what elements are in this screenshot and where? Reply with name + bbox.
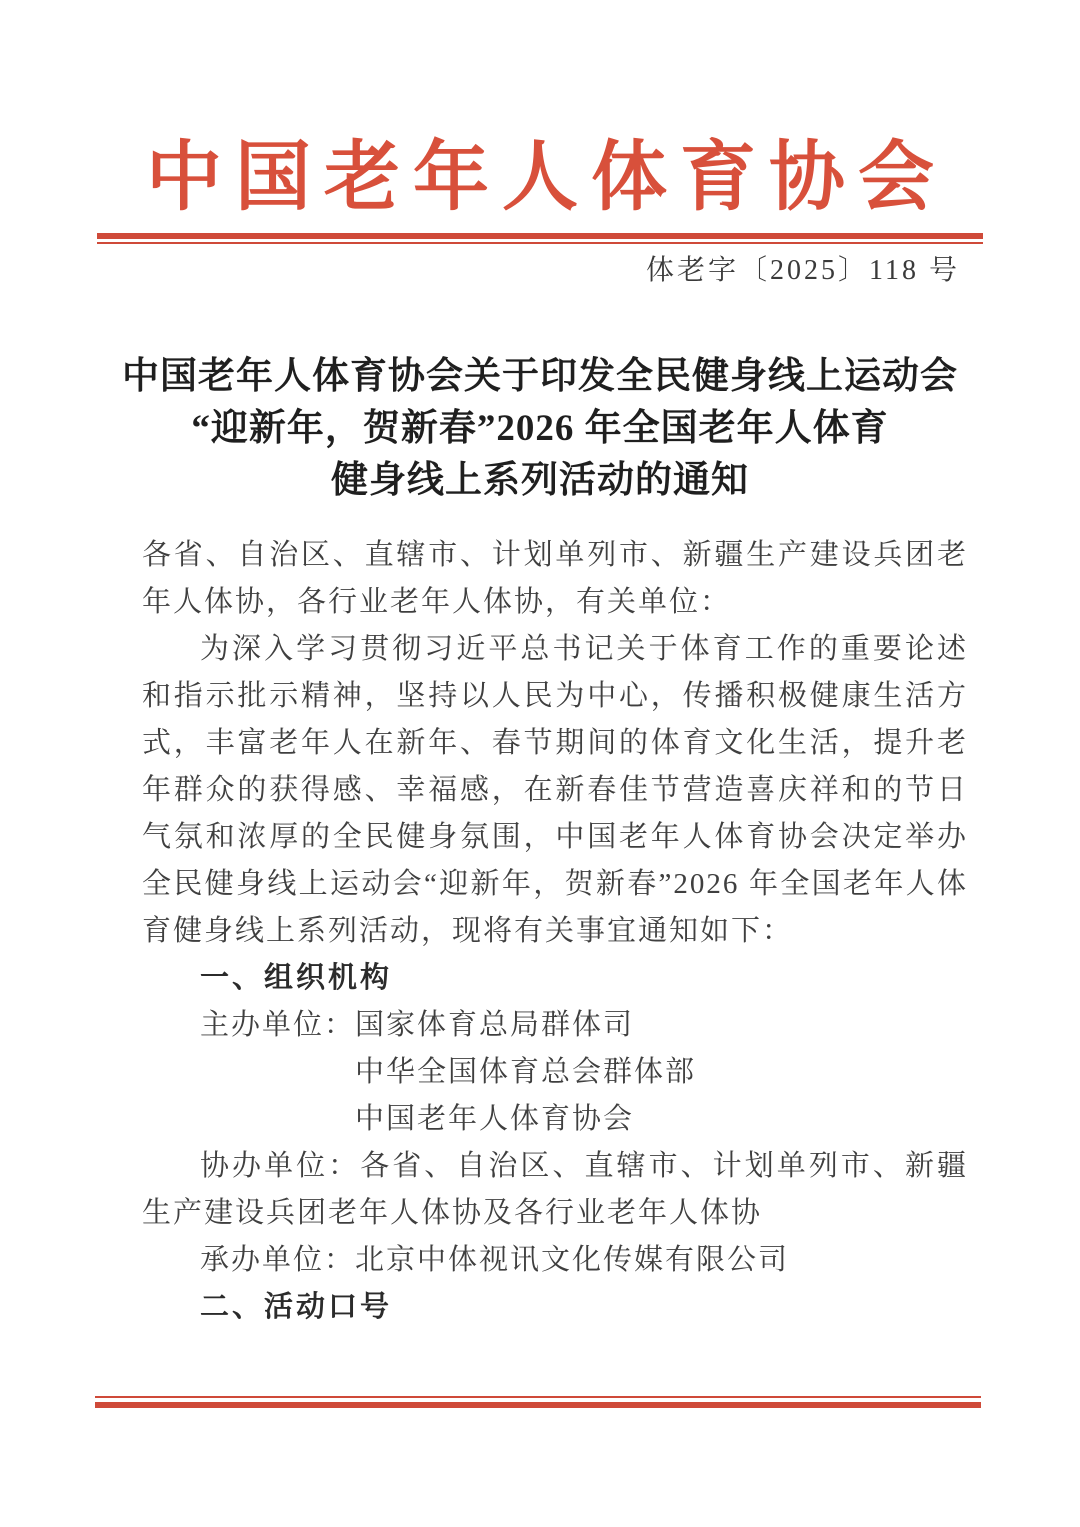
notice-title: 中国老年人体育协会关于印发全民健身线上运动会 “迎新年，贺新春”2026 年全国…: [0, 351, 1080, 507]
notice-title-line-1: 中国老年人体育协会关于印发全民健身线上运动会: [0, 351, 1080, 403]
document-number: 体老字〔2025〕118 号: [0, 254, 1080, 288]
letterhead-rule-thick: [97, 233, 983, 239]
letterhead-rule-group: [97, 233, 983, 244]
host-unit-label: 主办单位：: [200, 1002, 355, 1143]
footer-rule-thin: [95, 1396, 981, 1398]
salutation-paragraph: 各省、自治区、直辖市、计划单列市、新疆生产建设兵团老年人体协，各行业老年人体协，…: [142, 532, 968, 626]
footer-rule-group: [95, 1396, 981, 1408]
intro-paragraph: 为深入学习贯彻习近平总书记关于体育工作的重要论述和指示批示精神，坚持以人民为中心…: [142, 626, 968, 955]
footer-rule-thick: [95, 1402, 981, 1408]
host-unit-orgs: 国家体育总局群体司 中华全国体育总会群体部 中国老年人体育协会: [355, 1002, 968, 1143]
co-organizer-paragraph: 协办单位：各省、自治区、直辖市、计划单列市、新疆生产建设兵团老年人体协及各行业老…: [142, 1143, 968, 1237]
notice-title-line-3: 健身线上系列活动的通知: [0, 455, 1080, 507]
notice-body: 各省、自治区、直辖市、计划单列市、新疆生产建设兵团老年人体协，各行业老年人体协，…: [142, 532, 968, 1331]
host-unit-block: 主办单位： 国家体育总局群体司 中华全国体育总会群体部 中国老年人体育协会: [200, 1002, 968, 1143]
document-page: 中国老年人体育协会 体老字〔2025〕118 号 中国老年人体育协会关于印发全民…: [0, 0, 1080, 1527]
undertaker-paragraph: 承办单位：北京中体视讯文化传媒有限公司: [142, 1237, 968, 1284]
letterhead-rule-thin: [97, 242, 983, 244]
letterhead-org-name: 中国老年人体育协会: [0, 0, 1080, 218]
section-heading-organization: 一、组织机构: [142, 955, 968, 1002]
notice-title-line-2: “迎新年，贺新春”2026 年全国老年人体育: [0, 403, 1080, 455]
section-heading-slogan: 二、活动口号: [142, 1284, 968, 1331]
host-org-3: 中国老年人体育协会: [355, 1096, 968, 1143]
host-org-1: 国家体育总局群体司: [355, 1002, 968, 1049]
host-org-2: 中华全国体育总会群体部: [355, 1049, 968, 1096]
